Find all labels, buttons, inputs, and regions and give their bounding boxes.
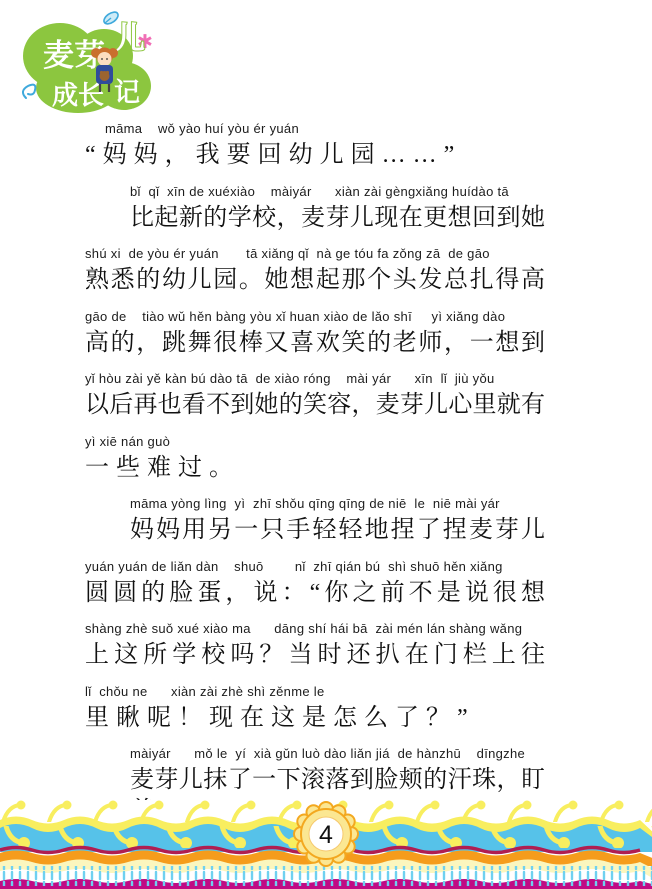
pinyin-line: màiyár mǒ le yí xià gǔn luò dào liǎn jiá… <box>130 745 545 765</box>
pinyin-line: shàng zhè suǒ xué xiào ma dāng shí hái b… <box>85 620 545 640</box>
hanzi-line: 妈妈用另一只手轻轻地捏了捏麦芽儿 <box>130 515 545 546</box>
footer-border-graphic: 4 <box>0 800 652 889</box>
series-logo: ✱ 麦芽 儿 成长 记 <box>16 6 156 116</box>
pinyin-line: lǐ chǒu ne xiàn zài zhè shì zěnme le <box>85 683 545 703</box>
hanzi-line: 一些难过。 <box>85 453 545 484</box>
hanzi-line: 比起新的学校，麦芽儿现在更想回到她 <box>130 203 545 234</box>
text-line: shú xi de yòu ér yuán tā xiǎng qǐ nà ge … <box>85 245 545 308</box>
hanzi-line: 熟悉的幼儿园。她想起那个头发总扎得高 <box>85 265 545 296</box>
page-number: 4 <box>319 821 333 849</box>
footer-comb-fringe <box>0 866 652 886</box>
logo-text-ji: 记 <box>114 78 140 107</box>
text-line: shàng zhè suǒ xué xiào ma dāng shí hái b… <box>85 620 545 683</box>
text-line: yì xiē nán guò 一些难过。 <box>85 433 545 496</box>
pinyin-line: bǐ qǐ xīn de xuéxiào màiyár xiàn zài gèn… <box>130 183 545 203</box>
hanzi-line: 里瞅呢！现在这是怎么了？” <box>85 703 545 734</box>
hanzi-line: “妈妈，我要回幼儿园……” <box>85 140 545 171</box>
story-text: māma wǒ yào huí yòu ér yuán “妈妈，我要回幼儿园……… <box>85 120 545 808</box>
logo-text-bottom: 成长 <box>52 81 104 110</box>
logo-text-er: 儿 <box>114 21 145 56</box>
pinyin-line: māma yòng lìng yì zhī shǒu qīng qīng de … <box>130 495 545 515</box>
swirl-icon <box>23 85 35 98</box>
pinyin-line: yì xiē nán guò <box>85 433 545 453</box>
pinyin-line: yǐ hòu zài yě kàn bú dào tā de xiào róng… <box>85 370 545 390</box>
hanzi-line: 以后再也看不到她的笑容，麦芽儿心里就有 <box>85 390 545 421</box>
text-line: māma yòng lìng yì zhī shǒu qīng qīng de … <box>85 495 545 558</box>
decorative-footer: 4 <box>0 800 652 889</box>
hanzi-line: 高的，跳舞很棒又喜欢笑的老师，一想到 <box>85 328 545 359</box>
pinyin-line: yuán yuán de liǎn dàn shuō nǐ zhī qián b… <box>85 558 545 578</box>
text-line: gāo de tiào wǔ hěn bàng yòu xǐ huan xiào… <box>85 308 545 371</box>
text-line: māma wǒ yào huí yòu ér yuán “妈妈，我要回幼儿园……… <box>85 120 545 183</box>
text-line: màiyár mǒ le yí xià gǔn luò dào liǎn jiá… <box>85 745 545 808</box>
text-line: lǐ chǒu ne xiàn zài zhè shì zěnme le 里瞅呢… <box>85 683 545 746</box>
series-logo-graphic: ✱ 麦芽 儿 成长 记 <box>16 6 156 116</box>
pinyin-line: shú xi de yòu ér yuán tā xiǎng qǐ nà ge … <box>85 245 545 265</box>
hanzi-line: 圆圆的脸蛋，说：“你之前不是说很想 <box>85 578 545 609</box>
hanzi-line: 上这所学校吗？当时还扒在门栏上往 <box>85 640 545 671</box>
book-page: ✱ 麦芽 儿 成长 记 <box>0 0 652 889</box>
text-line: bǐ qǐ xīn de xuéxiào màiyár xiàn zài gèn… <box>85 183 545 246</box>
text-line: yuán yuán de liǎn dàn shuō nǐ zhī qián b… <box>85 558 545 621</box>
pinyin-line: māma wǒ yào huí yòu ér yuán <box>85 120 545 140</box>
pinyin-line: gāo de tiào wǔ hěn bàng yòu xǐ huan xiào… <box>85 308 545 328</box>
text-line: yǐ hòu zài yě kàn bú dào tā de xiào róng… <box>85 370 545 433</box>
